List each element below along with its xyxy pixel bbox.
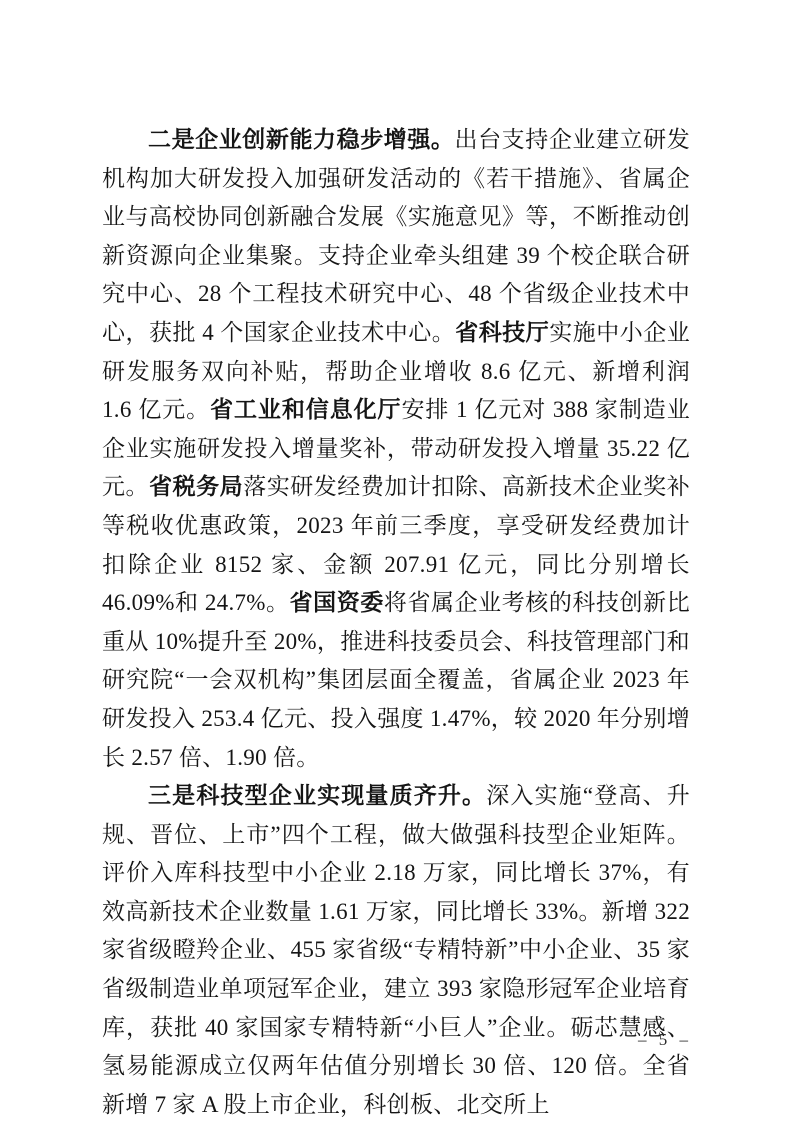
paragraph-tech-enterprises: 三是科技型企业实现量质齐升。深入实施“登高、升规、晋位、上市”四个工程，做大做强… [102,777,690,1123]
document-page: 二是企业创新能力稳步增强。出台支持企业建立研发机构加大研发投入加强研发活动的《若… [0,0,793,1123]
page-number: – 5 – [615,1030,715,1050]
bold-text-run: 二是企业创新能力稳步增强。 [148,127,455,152]
bold-text-run: 三是科技型企业实现量质齐升。 [148,783,486,808]
text-run: 将省属企业考核的科技创新比重从 10%提升至 20%，推进科技委员会、科技管理部… [102,590,690,769]
text-run: 出台支持企业建立研发机构加大研发投入加强研发活动的《若干措施》、省属企业与高校协… [102,127,690,345]
bold-text-run: 省税务局 [149,474,243,499]
document-body: 二是企业创新能力稳步增强。出台支持企业建立研发机构加大研发投入加强研发活动的《若… [102,121,690,1123]
paragraph-enterprise-innovation: 二是企业创新能力稳步增强。出台支持企业建立研发机构加大研发投入加强研发活动的《若… [102,121,690,777]
bold-text-run: 省工业和信息化厅 [210,397,401,422]
bold-text-run: 省国资委 [290,590,384,615]
bold-text-run: 省科技厅 [455,320,549,345]
text-run: 深入实施“登高、升规、晋位、上市”四个工程，做大做强科技型企业矩阵。评价入库科技… [102,783,690,1117]
